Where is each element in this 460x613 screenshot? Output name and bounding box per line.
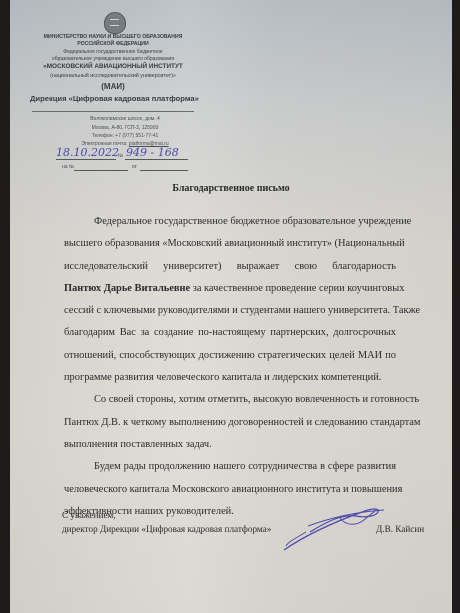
paragraph-1-line-2: высшего образования «Московский авиацион…	[64, 233, 396, 255]
address-street: Волоколамское шоссе, дом. 4	[70, 116, 180, 122]
paragraph-2-line-2: Пантюх Д.В. к четкому выполнению договор…	[64, 412, 396, 434]
ministry-line-2: РОССИЙСКОЙ ФЕДЕРАЦИИ	[38, 41, 188, 47]
paragraph-2-line-3: выполнения поставленных задач.	[64, 434, 396, 456]
org-line-2: образовательное учреждение высшего образ…	[38, 56, 188, 62]
recipient-after-text: за качественное проведение серии коучинг…	[193, 283, 405, 294]
number-underline	[125, 159, 188, 160]
institute-subtitle: (национальный исследовательский универси…	[38, 73, 188, 79]
letterhead-divider	[32, 111, 194, 112]
letter-page: МИНИСТЕРСТВО НАУКИ И ВЫСШЕГО ОБРАЗОВАНИЯ…	[10, 0, 452, 613]
institute-name: «МОСКОВСКИЙ АВИАЦИОННЫЙ ИНСТИТУТ	[38, 63, 188, 70]
closing-text: С уважением,	[62, 510, 116, 520]
paragraph-3-line-2: человеческого капитала Московского авиац…	[64, 479, 396, 501]
reference-date-underline	[140, 170, 188, 171]
institute-abbreviation: (МАИ)	[38, 82, 188, 91]
paragraph-1-line-4: Пантюх Дарье Витальевне за качественное …	[64, 278, 396, 300]
registration-number: 949 - 168	[126, 146, 179, 159]
paragraph-1-line-6: благодарим Вас за создание по-настоящему…	[64, 322, 396, 344]
paragraph-1-line-5: сессий с ключевыми руководителями и студ…	[64, 300, 396, 322]
letter-body: Федеральное государственное бюджетное об…	[64, 211, 396, 523]
directorate-name: Дирекция «Цифровая кадровая платформа»	[30, 94, 196, 103]
paragraph-1-line-8: программе развития человеческого капитал…	[64, 367, 396, 389]
address-phone: Телефон: +7 (977) 551-77-41	[70, 133, 180, 139]
registration-date: 18.10.2022	[56, 146, 119, 159]
paragraph-1-line-1: Федеральное государственное бюджетное об…	[64, 211, 396, 233]
paragraph-1-line-7: отношений, способствующих достижению стр…	[64, 345, 396, 367]
ministry-line-1: МИНИСТЕРСТВО НАУКИ И ВЫСШЕГО ОБРАЗОВАНИЯ	[38, 34, 188, 40]
reference-number-underline	[74, 170, 128, 171]
reference-number-label: на №	[62, 164, 74, 170]
reference-date-label: от	[132, 164, 137, 170]
signer-position: директор Дирекции «Цифровая кадровая пла…	[62, 524, 271, 534]
org-line-1: Федеральное государственное бюджетное	[38, 49, 188, 55]
registration-number-label: №	[118, 153, 123, 159]
mai-emblem-icon	[104, 12, 126, 34]
paragraph-1-line-3: исследовательский университет) выражает …	[64, 256, 396, 278]
date-underline	[56, 159, 116, 160]
paragraph-3-line-1: Будем рады продолжению нашего сотрудниче…	[64, 456, 396, 478]
address-city: Москва, А-80, ГСП-3, 125993	[70, 125, 180, 131]
paragraph-2-line-1: Со своей стороны, хотим отметить, высоку…	[64, 389, 396, 411]
signer-name: Д.В. Кайсин	[376, 524, 424, 534]
handwritten-signature-icon	[280, 502, 390, 554]
recipient-name: Пантюх Дарье Витальевне	[64, 283, 190, 294]
letter-title: Благодарственное письмо	[10, 183, 452, 194]
